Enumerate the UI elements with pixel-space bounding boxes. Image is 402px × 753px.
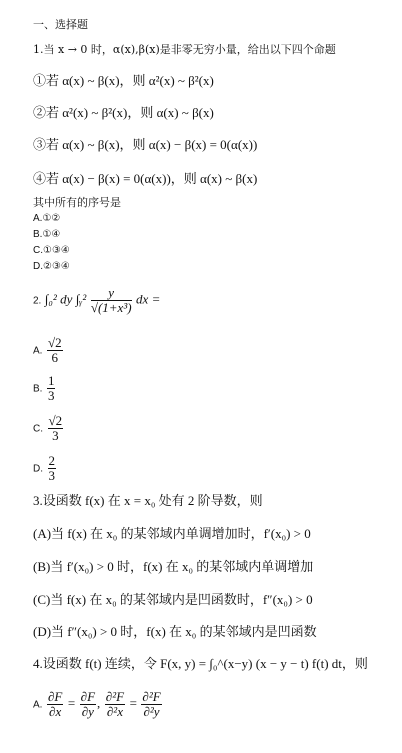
- q3-option-a[interactable]: (A)当 f(x) 在 x₀ 的某邻域内单调增加时，f′(x₀) > 0: [33, 527, 311, 541]
- q2-option-a[interactable]: A. √26: [33, 336, 64, 365]
- q2-option-c[interactable]: C. √23: [33, 414, 64, 443]
- q1-option-a[interactable]: A.①②: [33, 212, 60, 226]
- fraction: 13: [47, 374, 56, 403]
- q3-stem: 3.设函数 f(x) 在 x = x₀ 处有 2 阶导数，则: [33, 494, 263, 508]
- q2-option-b[interactable]: B. 13: [33, 374, 56, 403]
- q3-option-b[interactable]: (B)当 f′(x₀) > 0 时，f(x) 在 x₀ 的某邻域内单调增加: [33, 560, 313, 574]
- fraction: ∂²F∂²x: [105, 690, 125, 719]
- q1-option-c[interactable]: C.①③④: [33, 244, 70, 258]
- fraction: ∂F∂y: [80, 690, 96, 719]
- q1-option-d[interactable]: D.②③④: [33, 260, 70, 274]
- q1-prompt: 其中所有的序号是: [33, 196, 121, 210]
- q2-inner-integral: ∫ᵧ²: [76, 292, 86, 307]
- q2-label: 2.: [33, 296, 41, 307]
- q1-statement-4: ④若 α(x) − β(x) = 0(α(x))，则 α(x) ~ β(x): [33, 172, 257, 186]
- q2-tail: dx =: [136, 292, 160, 307]
- q3-option-c[interactable]: (C)当 f(x) 在 x₀ 的某邻域内是凹函数时，f″(x₀) > 0: [33, 593, 313, 607]
- fraction: √23: [48, 414, 64, 443]
- fraction: ∂F∂x: [47, 690, 63, 719]
- q1-statement-3: ③若 α(x) ~ β(x)，则 α(x) − β(x) = 0(α(x)): [33, 138, 257, 152]
- fraction: 23: [48, 454, 57, 483]
- section-title: 一、选择题: [33, 18, 88, 32]
- q4-option-a[interactable]: A. ∂F∂x = ∂F∂y, ∂²F∂²x = ∂²F∂²y: [33, 690, 163, 719]
- fraction: ∂²F∂²y: [141, 690, 161, 719]
- q1-statement-1: ①若 α(x) ~ β(x)，则 α²(x) ~ β²(x): [33, 74, 214, 88]
- q1-stem: 1.当 x → 0 时，α(x),β(x)是非零无穷小量，给出以下四个命题: [33, 43, 336, 57]
- fraction: √26: [47, 336, 63, 365]
- q2-integrand: y √(1+x³): [91, 286, 132, 315]
- q4-stem: 4.设函数 f(t) 连续，令 F(x, y) = ∫₀^(x−y) (x − …: [33, 657, 368, 671]
- q2-outer-integral: ∫₀² dy: [45, 292, 73, 307]
- q2-stem: 2. ∫₀² dy ∫ᵧ² y √(1+x³) dx =: [33, 286, 160, 315]
- q3-option-d[interactable]: (D)当 f″(x₀) > 0 时，f(x) 在 x₀ 的某邻域内是凹函数: [33, 625, 317, 639]
- q1-option-b[interactable]: B.①④: [33, 228, 60, 242]
- q1-statement-2: ②若 α²(x) ~ β²(x)，则 α(x) ~ β(x): [33, 106, 214, 120]
- q2-option-d[interactable]: D. 23: [33, 454, 57, 483]
